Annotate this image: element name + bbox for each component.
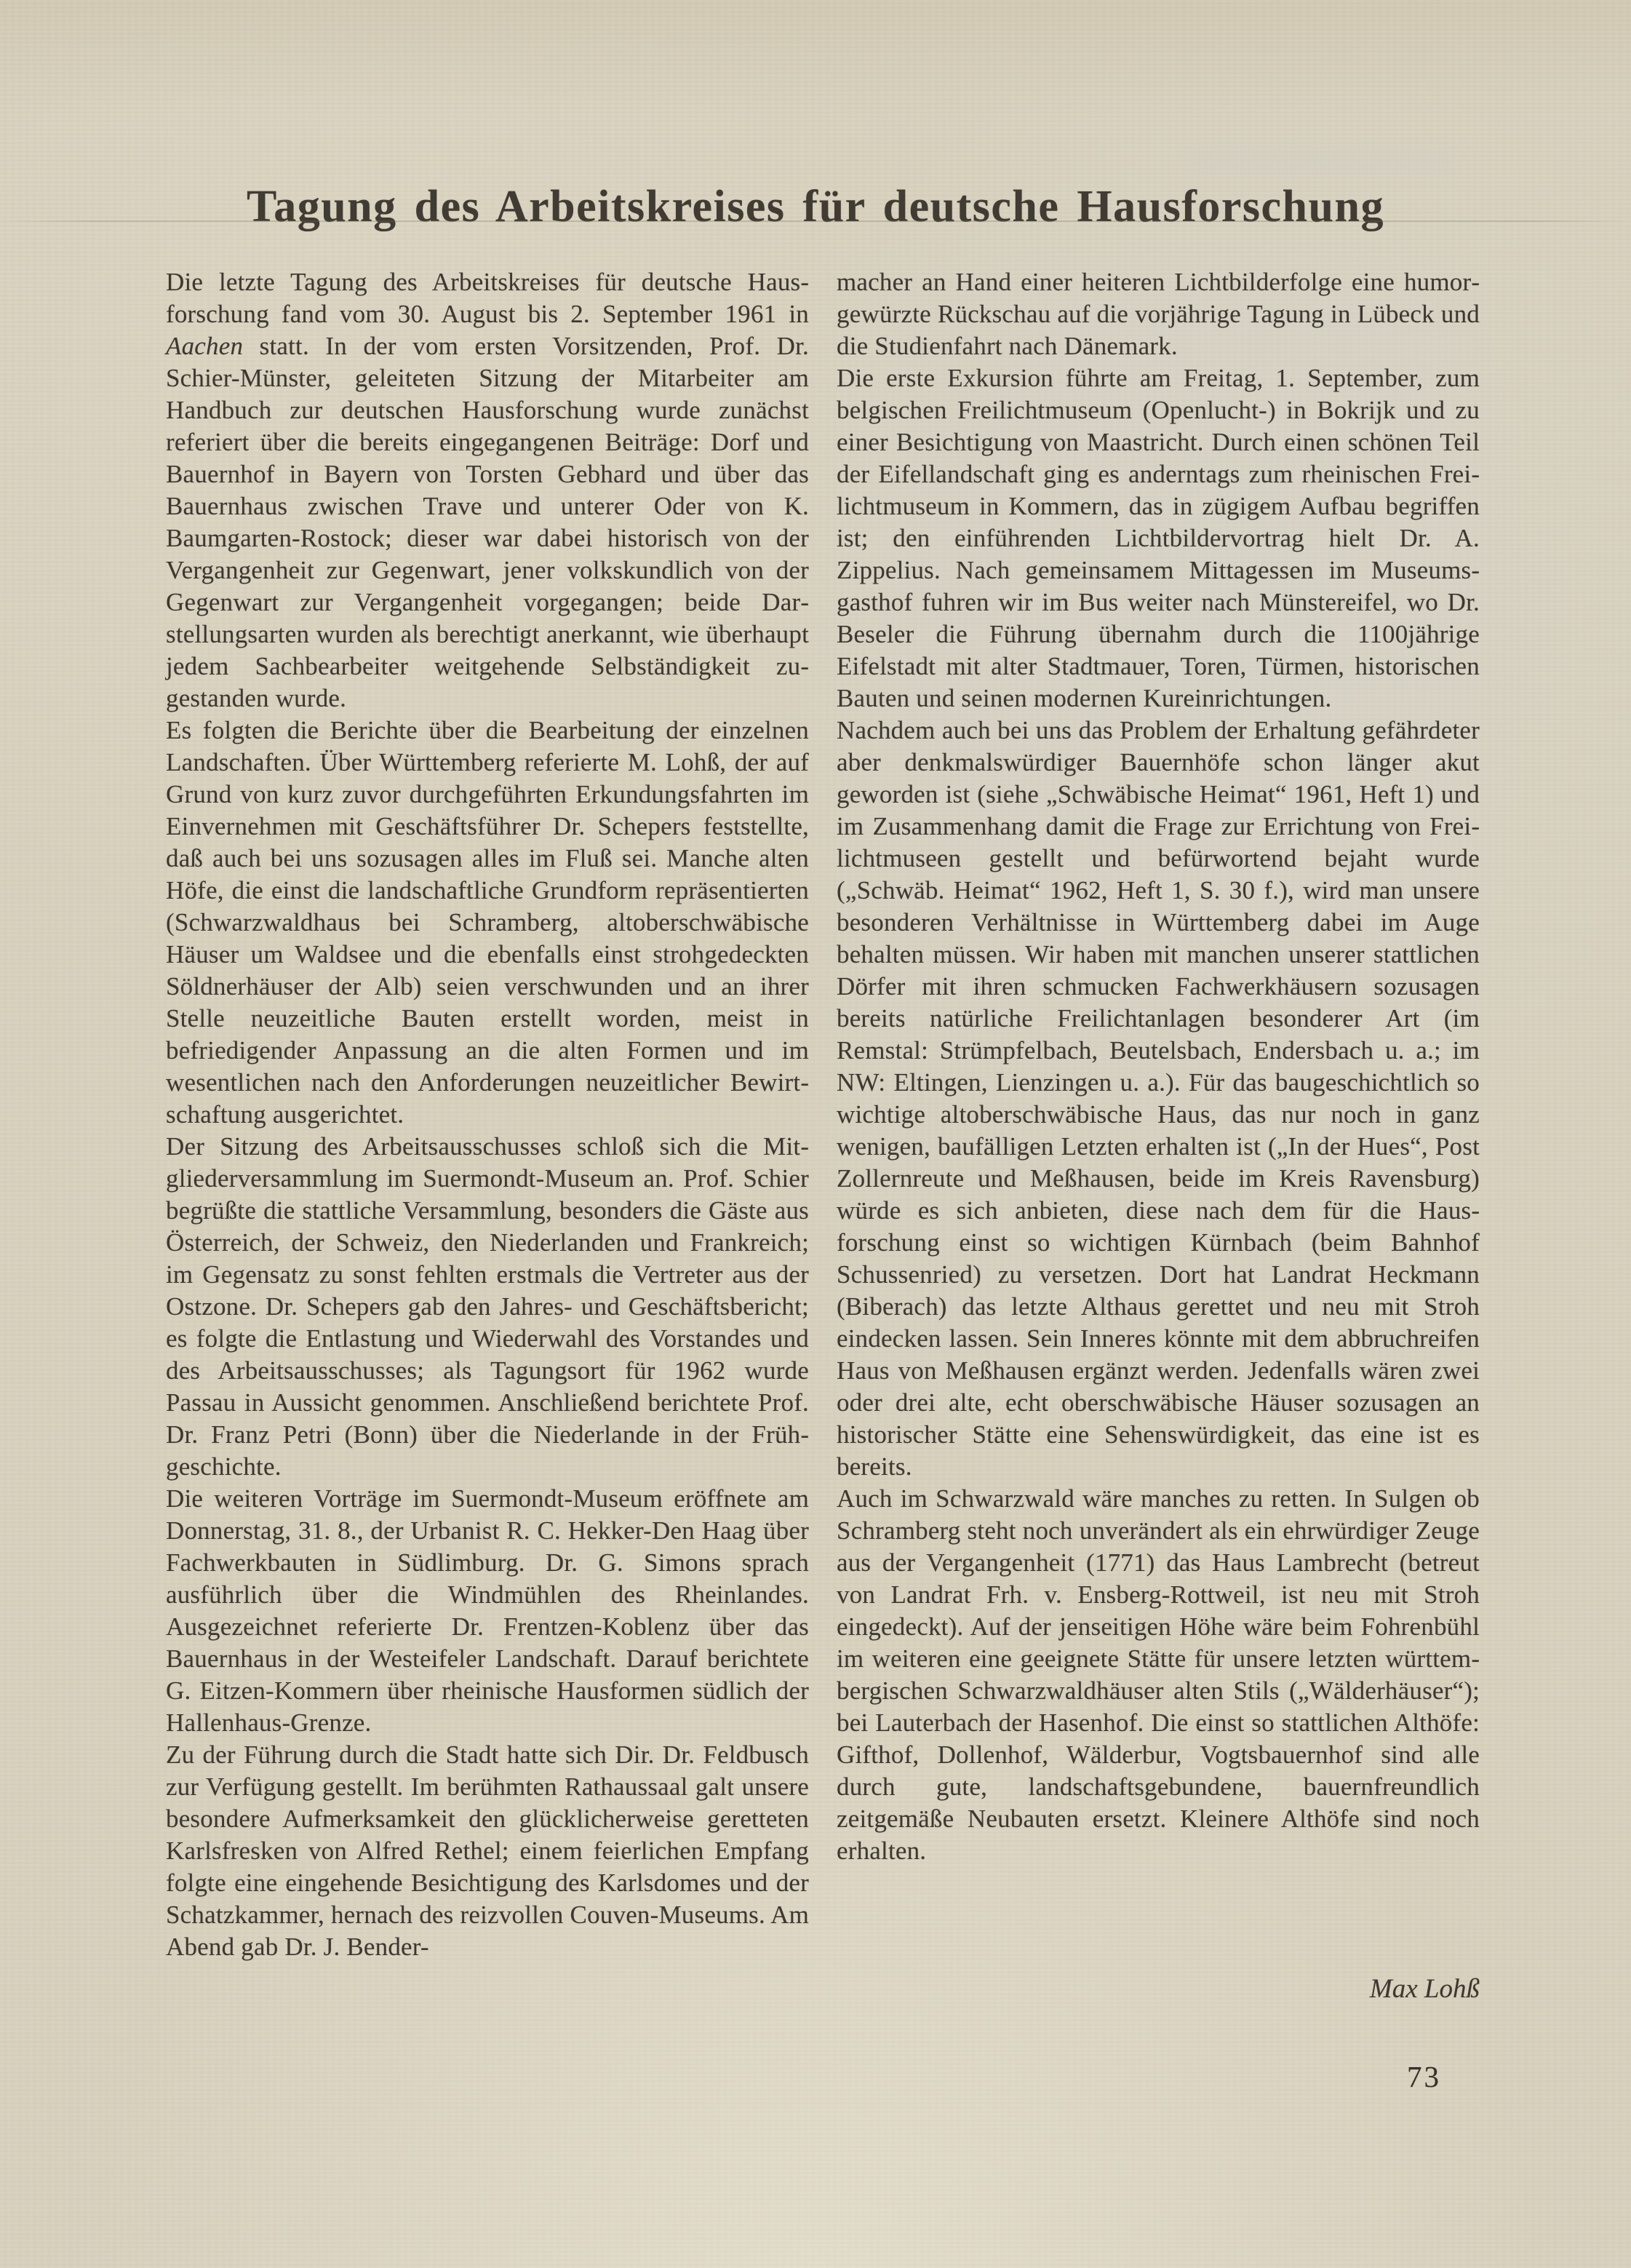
- scan-hairline: [0, 220, 1631, 222]
- paragraph: Die weiteren Vorträge im Suermondt-Museu…: [166, 1483, 809, 1739]
- paragraph: Nachdem auch bei uns das Problem der Erh…: [837, 715, 1480, 1483]
- page-number: 73: [1407, 2059, 1441, 2094]
- italic-term: Aachen: [166, 332, 243, 360]
- paragraph: Zu der Führung durch die Stadt hatte sic…: [166, 1739, 809, 1963]
- text-run: Auch im Schwarzwald wäre manches zu rett…: [837, 1484, 1480, 1865]
- text-run: macher an Hand einer heiteren Licht­bild…: [837, 268, 1480, 360]
- text-run: Die weiteren Vorträge im Suermondt-Museu…: [166, 1484, 809, 1737]
- text-run: Die letzte Tagung des Arbeitskreises für…: [166, 268, 809, 328]
- text-run: Nachdem auch bei uns das Problem der Erh…: [837, 716, 1480, 1481]
- text-run: Der Sitzung des Arbeits­ausschusses schl…: [166, 1132, 809, 1481]
- text-column-left: Die letzte Tagung des Arbeitskreises für…: [166, 266, 809, 1963]
- paragraph: Es folgten die Berichte über die Bearbei…: [166, 715, 809, 1131]
- text-column-right: macher an Hand einer heiteren Licht­bild…: [837, 266, 1480, 1867]
- text-run: Die erste Exkursion führte am Freitag, 1…: [837, 364, 1480, 712]
- text-run: Es folgten die Berichte über die Bearbei…: [166, 716, 809, 1129]
- paragraph: Auch im Schwarzwald wäre manches zu rett…: [837, 1483, 1480, 1867]
- paragraph: Die erste Exkursion führte am Freitag, 1…: [837, 362, 1480, 715]
- text-run: statt. In der vom ersten Vor­sitzenden, …: [166, 332, 809, 712]
- page-title: Tagung des Arbeitskreises für deutsche H…: [0, 182, 1631, 231]
- paragraph: Die letzte Tagung des Arbeitskreises für…: [166, 266, 809, 715]
- author-signature: Max Lohß: [837, 1973, 1480, 2005]
- text-run: Zu der Führung durch die Stadt hatte sic…: [166, 1740, 809, 1961]
- scanned-page: Tagung des Arbeitskreises für deutsche H…: [0, 0, 1631, 2268]
- show-through-artifact: [1186, 147, 1455, 176]
- paragraph: macher an Hand einer heiteren Licht­bild…: [837, 266, 1480, 362]
- paragraph: Der Sitzung des Arbeits­ausschusses schl…: [166, 1131, 809, 1483]
